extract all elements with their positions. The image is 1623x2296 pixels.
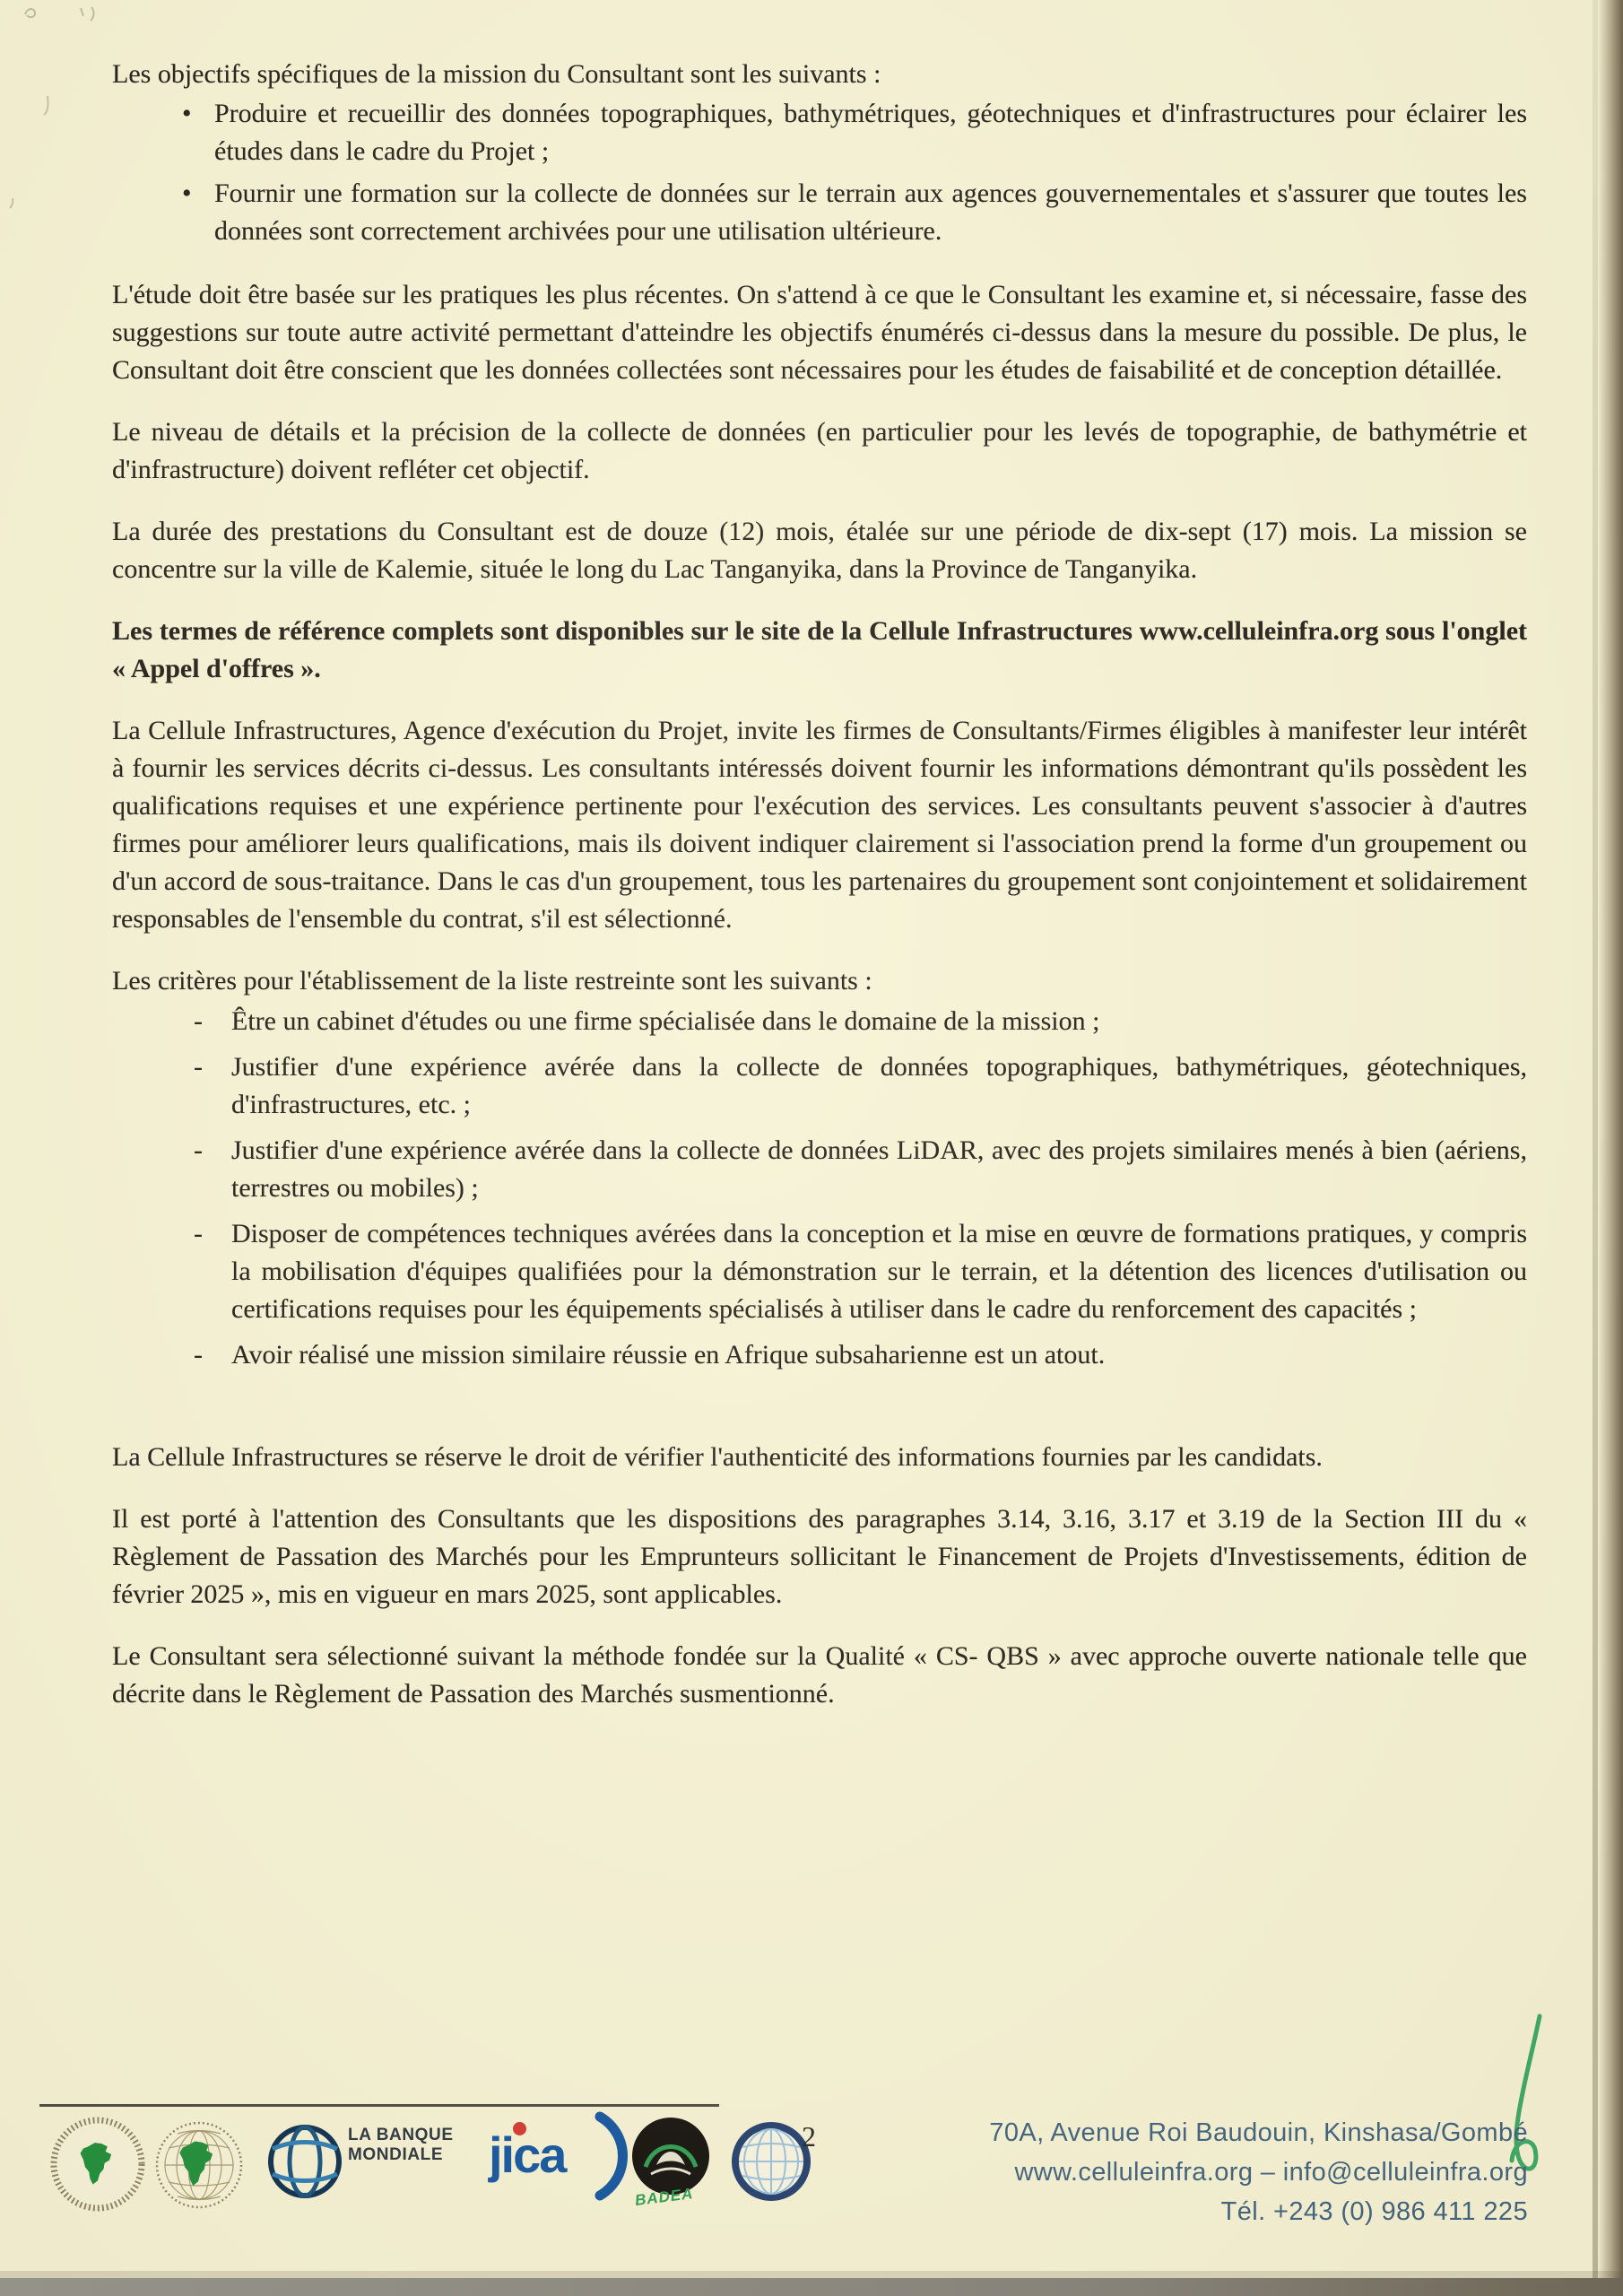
pencil-mark [39,93,54,118]
world-bank-label: LA BANQUE MONDIALE [348,2126,454,2165]
scan-edge-shadow-right [1598,0,1623,2296]
pencil-mark [7,196,18,212]
criteria-list: Être un cabinet d'études ou une firme sp… [112,1003,1527,1374]
page-footer: LA BANQUE MONDIALE jica BADEA [0,2097,1623,2276]
scanned-page: Les objectifs spécifiques de la mission … [0,0,1623,2296]
address-street: 70A, Avenue Roi Baudouin, Kinshasa/Gombé [989,2113,1528,2152]
paragraph-reserve: La Cellule Infrastructures se réserve le… [112,1439,1527,1476]
world-bank-logo [262,2118,348,2205]
objectives-list: Produire et recueillir des données topog… [112,95,1527,250]
document-body: Les objectifs spécifiques de la mission … [112,56,1527,1737]
jica-label: jica [489,2126,565,2184]
paragraph-duree: La durée des prestations du Consultant e… [112,513,1527,588]
criteria-item: Justifier d'une expérience avérée dans l… [112,1048,1527,1124]
criteria-item: Être un cabinet d'études ou une firme sp… [112,1003,1527,1040]
paragraph-dispositions: Il est porté à l'attention des Consultan… [112,1500,1527,1613]
badea-logo: BADEA [628,2113,717,2206]
pencil-mark [22,4,41,22]
address-web-email: www.celluleinfra.org – info@celluleinfra… [989,2152,1528,2192]
criteria-item: Justifier d'une expérience avérée dans l… [112,1132,1527,1207]
intro-line: Les objectifs spécifiques de la mission … [112,56,1527,93]
african-development-bank-logo [50,2117,145,2212]
african-development-fund-logo [154,2120,244,2210]
jica-logo: jica [489,2118,641,2208]
page-number: 2 [802,2120,816,2153]
paragraph-etude: L'étude doit être basée sur les pratique… [112,276,1527,389]
criteria-item: Avoir réalisé une mission similaire réus… [112,1336,1527,1374]
paragraph-niveau: Le niveau de détails et la précision de … [112,413,1527,489]
objective-item: Produire et recueillir des données topog… [112,95,1527,170]
footer-divider [39,2104,719,2107]
objective-item: Fournir une formation sur la collecte de… [112,175,1527,250]
address-phone: Tél. +243 (0) 986 411 225 [989,2192,1528,2231]
criteria-item: Disposer de compétences techniques avéré… [112,1215,1527,1328]
pencil-mark [77,5,100,23]
criteria-intro: Les critères pour l'établissement de la … [112,962,1527,1000]
paragraph-selection: Le Consultant sera sélectionné suivant l… [112,1638,1527,1713]
jica-red-dot-icon [513,2122,526,2135]
footer-address: 70A, Avenue Roi Baudouin, Kinshasa/Gombé… [989,2113,1528,2231]
scan-edge-shadow-bottom [0,2278,1623,2296]
paragraph-cellule-invitation: La Cellule Infrastructures, Agence d'exé… [112,712,1527,938]
paragraph-termes-reference: Les termes de référence complets sont di… [112,613,1527,688]
